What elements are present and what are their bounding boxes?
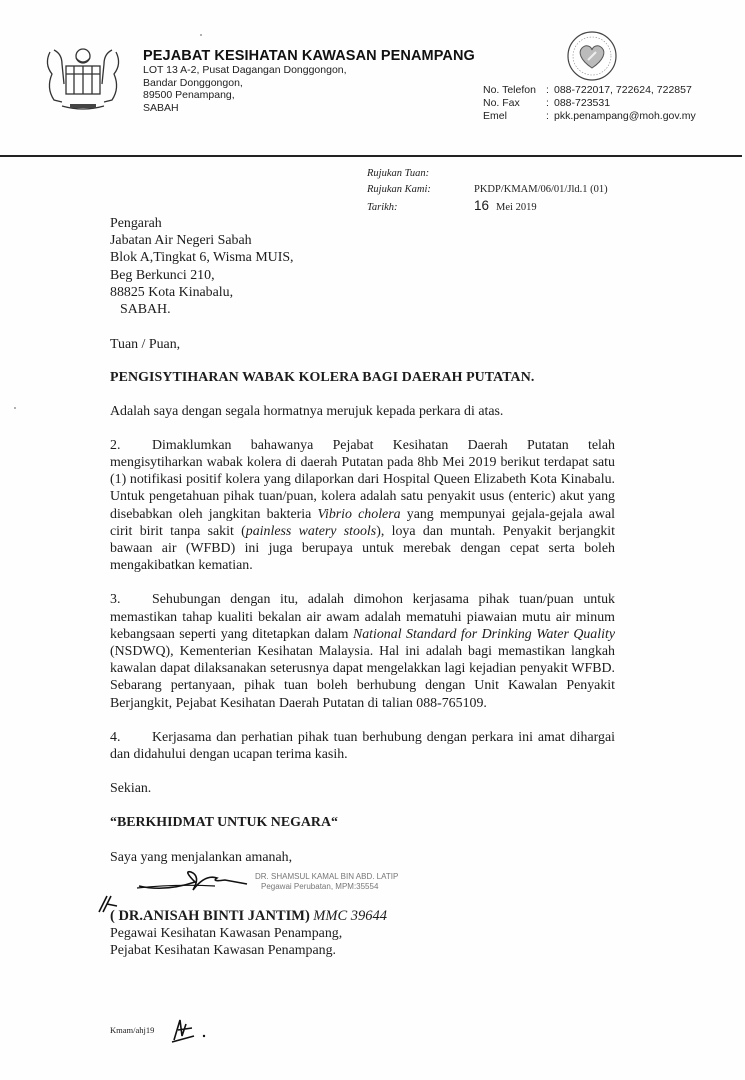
italic-term: painless watery stools [246,524,376,539]
contact-email: Emel : pkk.penampang@moh.gov.my [483,110,696,123]
contact-phone: No. Telefon : 088-722017, 722624, 722857 [483,84,696,97]
intro-paragraph: Adalah saya dengan segala hormatnya meru… [110,403,615,420]
reference-block: Rujukan Tuan: Rujukan Kami: PKDP/KMAM/06… [367,166,608,216]
contact-fax: No. Fax : 088-723531 [483,97,696,110]
ref-rujukan-kami: Rujukan Kami: PKDP/KMAM/06/01/Jld.1 (01) [367,182,608,198]
address-line: SABAH [143,102,475,115]
signer-title: Pegawai Kesihatan Kawasan Penampang, [110,925,615,942]
paragraph-text: (NSDWQ), Kementerian Kesihatan Malaysia.… [110,644,615,711]
organization-address: LOT 13 A-2, Pusat Dagangan Donggongon, B… [143,64,475,114]
salutation: Tuan / Puan, [110,336,615,353]
recipient-address: Pengarah Jabatan Air Negeri Sabah Blok A… [110,215,615,318]
signatory-stamp: DR. SHAMSUL KAMAL BIN ABD. LATIP Pegawai… [255,872,398,892]
italic-term: National Standard for Drinking Water Qua… [353,627,615,642]
signature-icon [135,868,250,894]
address-line: Bandar Donggongon, [143,77,475,90]
letterhead-divider [0,155,742,157]
paragraph-3: 3.Sehubungan dengan itu, adalah dimohon … [110,591,615,711]
initials-icon [168,1016,210,1044]
closing: Sekian. [110,780,615,797]
organization-name: PEJABAT KESIHATAN KAWASAN PENAMPANG [143,48,475,64]
signer-office: Pejabat Kesihatan Kawasan Penampang. [110,942,615,959]
handwritten-day: 16 [474,198,489,214]
paragraph-4: 4.Kerjasama dan perhatian pihak tuan ber… [110,729,615,763]
ref-rujukan-tuan: Rujukan Tuan: [367,166,608,182]
footer-reference: Kmam/ahj19 [110,1025,154,1035]
motto: “BERKHIDMAT UNTUK NEGARA“ [110,814,615,831]
paragraph-number: 4. [110,729,152,746]
address-line: 89500 Penampang, [143,89,475,102]
paragraph-2: 2.Dimaklumkan bahawanya Pejabat Kesihata… [110,437,615,575]
subject-heading: PENGISYTIHARAN WABAK KOLERA BAGI DAERAH … [110,369,615,386]
heart-emblem-icon [566,30,618,82]
contact-details: No. Telefon : 088-722017, 722624, 722857… [483,84,696,123]
paragraph-number: 2. [110,437,152,454]
signer-block: ( DR.ANISAH BINTI JANTIM) MMC 39644 Pega… [110,908,615,960]
address-line: LOT 13 A-2, Pusat Dagangan Donggongon, [143,64,475,77]
on-behalf-mark-icon [97,894,119,914]
letter-body: Pengarah Jabatan Air Negeri Sabah Blok A… [110,215,615,960]
scan-speck [200,34,202,36]
scan-speck [14,407,16,409]
paragraph-text: Kerjasama dan perhatian pihak tuan berhu… [110,730,615,762]
italic-term: Vibrio cholera [318,507,401,522]
letter-page: PEJABAT KESIHATAN KAWASAN PENAMPANG LOT … [0,0,745,1080]
paragraph-number: 3. [110,591,152,608]
trust-line: Saya yang menjalankan amanah, [110,849,615,866]
signature-area: DR. SHAMSUL KAMAL BIN ABD. LATIP Pegawai… [110,866,615,912]
coat-of-arms-icon [40,44,126,114]
letterhead-organization: PEJABAT KESIHATAN KAWASAN PENAMPANG LOT … [143,48,475,114]
ref-tarikh: Tarikh: 16 Mei 2019 [367,198,608,216]
